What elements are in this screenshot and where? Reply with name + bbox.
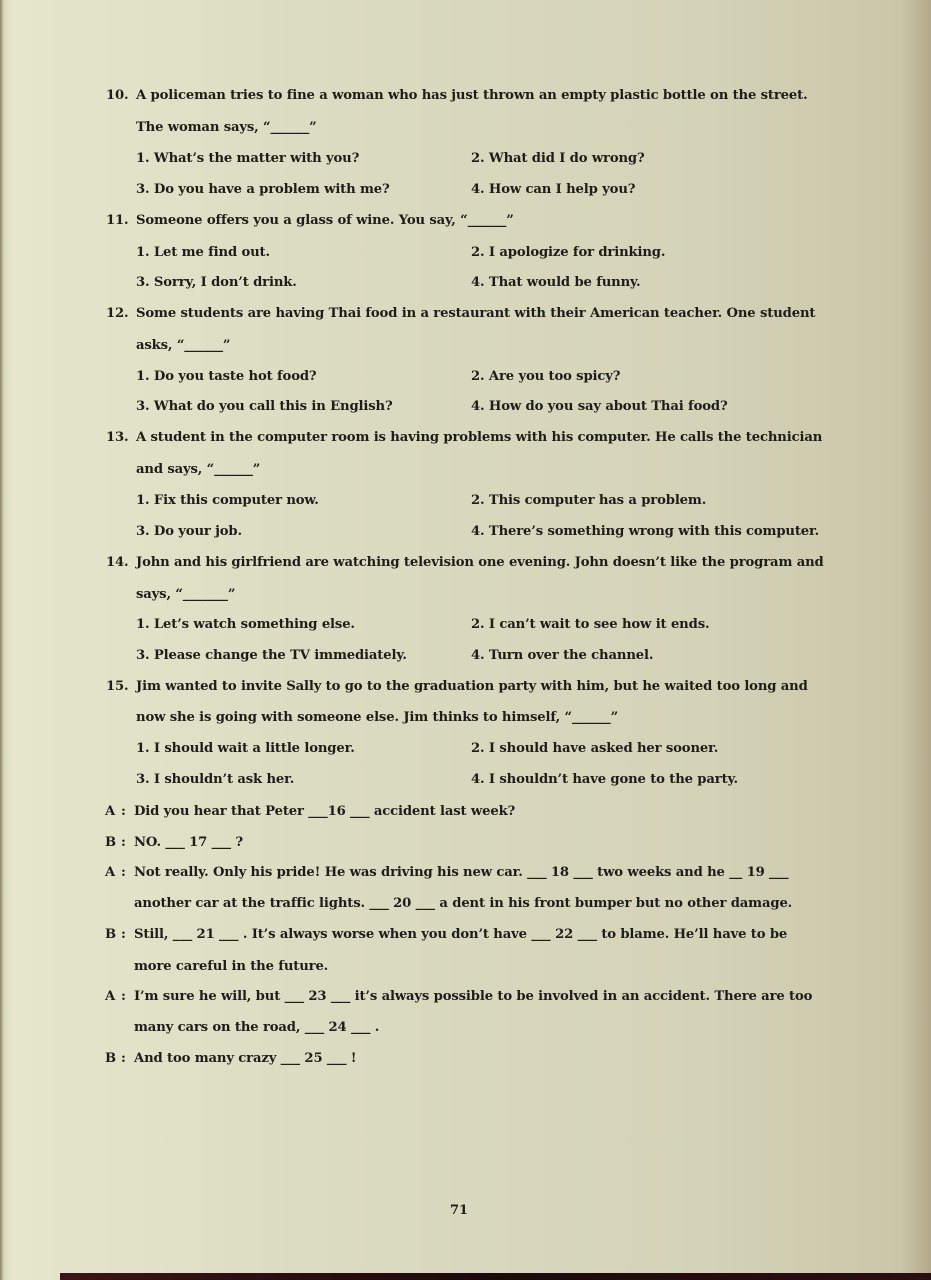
question-number: 13. (106, 430, 129, 445)
option: 1. Let me find out. (136, 245, 270, 260)
speaker-separator: : (121, 835, 126, 850)
question-number: 10. (106, 88, 129, 103)
speaker-label: A (105, 989, 115, 1004)
speaker-separator: : (121, 1051, 126, 1066)
question-prompt: asks, “______” (136, 338, 230, 353)
speaker-label: B (105, 927, 116, 942)
question-prompt: Jim wanted to invite Sally to go to the … (136, 679, 808, 694)
option: 4. How do you say about Thai food? (471, 399, 728, 414)
question-prompt: says, “_______” (136, 587, 235, 602)
speaker-separator: : (121, 804, 126, 819)
speaker-label: A (105, 804, 115, 819)
question-number: 11. (106, 213, 129, 228)
dialogue-line: I’m sure he will, but ___ 23 ___ it’s al… (134, 989, 812, 1004)
option: 4. How can I help you? (471, 182, 635, 197)
page-number: 71 (0, 1203, 918, 1218)
dialogue-line: Not really. Only his pride! He was drivi… (134, 865, 788, 880)
option: 3. Do your job. (136, 524, 242, 539)
speaker-label: B (105, 835, 116, 850)
dialogue-line: NO. ___ 17 ___ ? (134, 835, 243, 850)
option: 3. Sorry, I don’t drink. (136, 275, 297, 290)
option: 4. Turn over the channel. (471, 648, 653, 663)
option: 1. What’s the matter with you? (136, 151, 359, 166)
question-prompt: Some students are having Thai food in a … (136, 306, 815, 321)
option: 3. Do you have a problem with me? (136, 182, 390, 197)
speaker-label: A (105, 865, 115, 880)
dialogue-line: Still, ___ 21 ___ . It’s always worse wh… (134, 927, 787, 942)
question-prompt: A policeman tries to fine a woman who ha… (136, 88, 808, 103)
textbook-page: 10. A policeman tries to fine a woman wh… (0, 0, 931, 1280)
option: 1. I should wait a little longer. (136, 741, 355, 756)
option: 4. I shouldn’t have gone to the party. (471, 772, 738, 787)
speaker-label: B (105, 1051, 116, 1066)
option: 2. This computer has a problem. (471, 493, 706, 508)
question-prompt: John and his girlfriend are watching tel… (136, 555, 824, 570)
dialogue-line: many cars on the road, ___ 24 ___ . (134, 1020, 379, 1035)
page-edge-shadow (60, 1273, 931, 1280)
question-number: 15. (106, 679, 129, 694)
option: 3. Please change the TV immediately. (136, 648, 407, 663)
question-prompt: and says, “______” (136, 462, 260, 477)
option: 4. That would be funny. (471, 275, 640, 290)
option: 2. I should have asked her sooner. (471, 741, 718, 756)
option: 1. Let’s watch something else. (136, 617, 355, 632)
option: 4. There’s something wrong with this com… (471, 524, 819, 539)
dialogue-line: And too many crazy ___ 25 ___ ! (134, 1051, 356, 1066)
question-prompt: The woman says, “______” (136, 120, 317, 135)
option: 3. What do you call this in English? (136, 399, 393, 414)
option: 2. I apologize for drinking. (471, 245, 665, 260)
option: 2. Are you too spicy? (471, 369, 620, 384)
question-number: 14. (106, 555, 129, 570)
dialogue-line: more careful in the future. (134, 959, 328, 974)
speaker-separator: : (121, 865, 126, 880)
question-prompt: A student in the computer room is having… (136, 430, 822, 445)
speaker-separator: : (121, 927, 126, 942)
option: 2. I can’t wait to see how it ends. (471, 617, 709, 632)
question-prompt: now she is going with someone else. Jim … (136, 710, 618, 725)
dialogue-line: Did you hear that Peter ___16 ___ accide… (134, 804, 515, 819)
speaker-separator: : (121, 989, 126, 1004)
question-number: 12. (106, 306, 129, 321)
option: 3. I shouldn’t ask her. (136, 772, 294, 787)
question-prompt: Someone offers you a glass of wine. You … (136, 213, 514, 228)
option: 2. What did I do wrong? (471, 151, 645, 166)
option: 1. Do you taste hot food? (136, 369, 316, 384)
option: 1. Fix this computer now. (136, 493, 319, 508)
dialogue-line: another car at the traffic lights. ___ 2… (134, 896, 792, 911)
